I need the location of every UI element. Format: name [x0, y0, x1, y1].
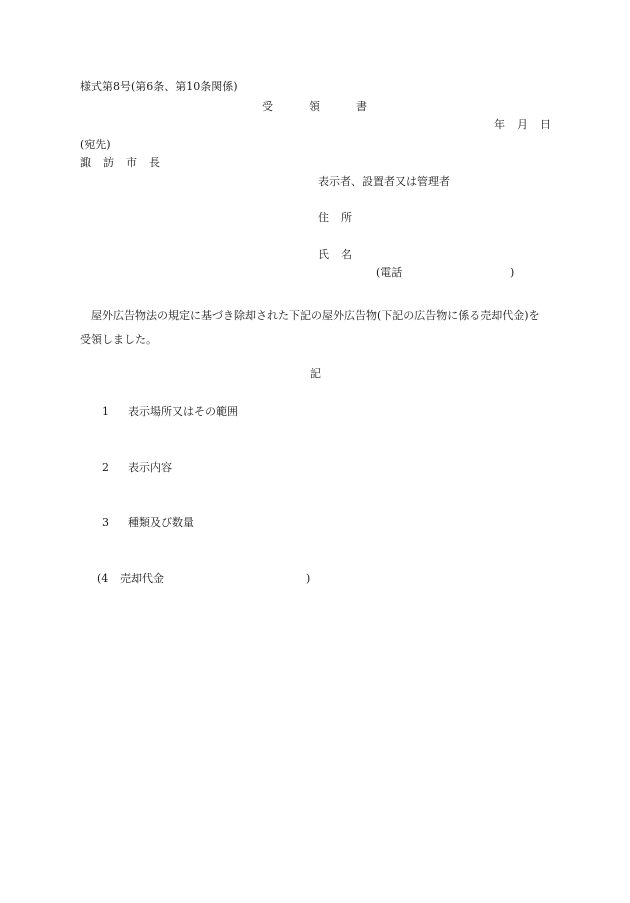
item-4-close: ) [306, 572, 310, 586]
date-day-label: 日 [540, 118, 551, 132]
title-char-2: 領 [309, 100, 320, 114]
date-month-label: 月 [517, 118, 528, 132]
item-number: 3 [102, 516, 128, 530]
signer-role: 表示者、設置者又は管理者 [318, 175, 450, 189]
item-4-label: 売却代金 [120, 572, 164, 586]
phone-close-paren: ) [510, 266, 514, 280]
item-2: 2表示内容 [102, 461, 172, 475]
addressee-char-1: 諏 [80, 156, 91, 170]
name-label-char-1: 氏 [318, 248, 329, 262]
note-heading: 記 [310, 367, 321, 381]
item-4-open: (4 [97, 572, 108, 586]
item-number: 2 [102, 461, 128, 475]
title-char-1: 受 [262, 100, 273, 114]
phone-label: (電話 [376, 266, 402, 280]
item-label: 表示場所又はその範囲 [128, 405, 238, 418]
body-paragraph: 屋外広告物法の規定に基づき除却された下記の屋外広告物(下記の広告物に係る売却代金… [80, 304, 550, 352]
form-number: 様式第8号(第6条、第10条関係) [80, 80, 238, 94]
addressee-char-4: 長 [149, 156, 160, 170]
item-label: 表示内容 [128, 461, 172, 474]
item-1: 1表示場所又はその範囲 [102, 405, 238, 419]
document-page: 様式第8号(第6条、第10条関係) 受 領 書 年 月 日 (宛先) 諏 訪 市… [0, 0, 630, 903]
item-3: 3種類及び数量 [102, 516, 194, 530]
date-year-label: 年 [494, 118, 505, 132]
title-char-3: 書 [356, 100, 367, 114]
addressee-char-2: 訪 [103, 156, 114, 170]
item-number: 1 [102, 405, 128, 419]
name-label-char-2: 名 [341, 248, 352, 262]
address-label-char-2: 所 [341, 211, 352, 225]
addressee-prefix: (宛先) [80, 138, 111, 152]
address-label-char-1: 住 [318, 211, 329, 225]
addressee-char-3: 市 [126, 156, 137, 170]
item-label: 種類及び数量 [128, 516, 194, 529]
